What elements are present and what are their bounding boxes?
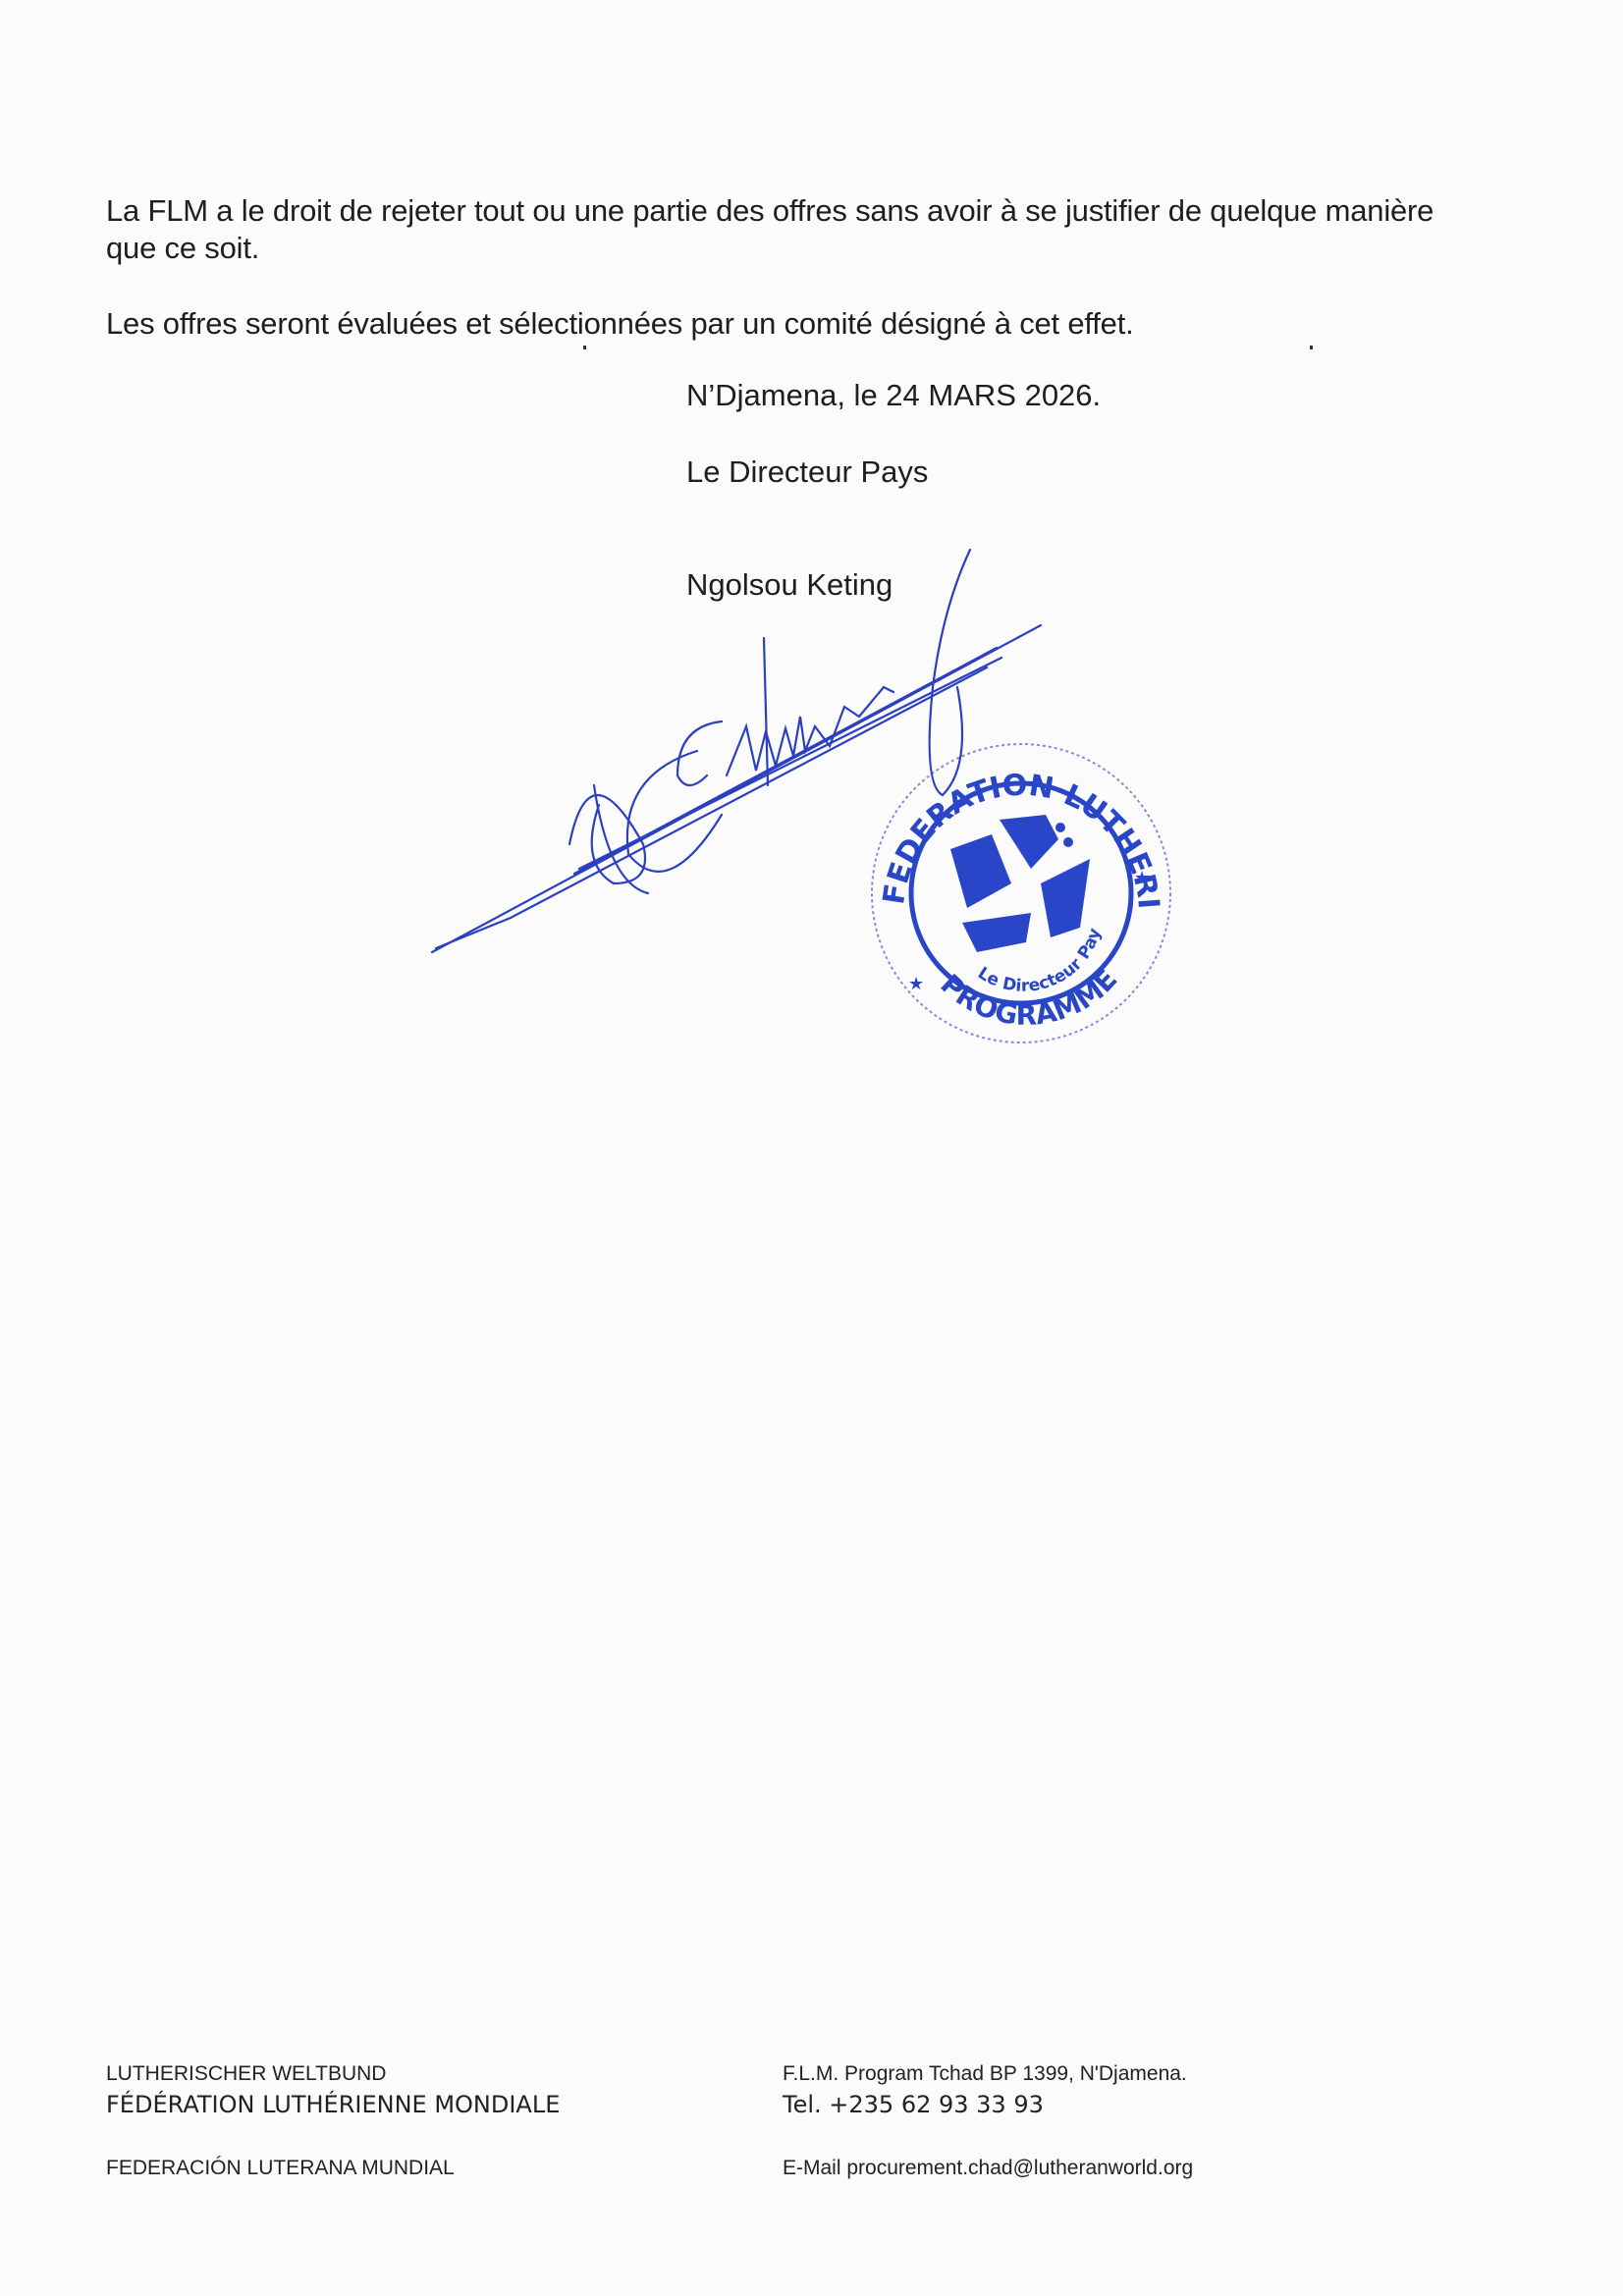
svg-text:FEDERATION LUTHERIENNE MONDIAL: FEDERATION LUTHERIENNE MONDIALE bbox=[0, 0, 1165, 910]
svg-text:Le Directeur Pays: Le Directeur Pays bbox=[0, 0, 1106, 996]
footer-phone: Tel. +235 62 93 33 93 bbox=[783, 2091, 1044, 2118]
svg-text:★: ★ bbox=[908, 974, 924, 994]
footer-address: F.L.M. Program Tchad BP 1399, N'Djamena. bbox=[783, 2062, 1187, 2086]
official-stamp: FEDERATION LUTHERIENNE MONDIALE PROGRAMM… bbox=[0, 0, 1623, 2296]
footer-org-french: FÉDÉRATION LUTHÉRIENNE MONDIALE bbox=[106, 2091, 560, 2118]
footer-org-spanish: FEDERACIÓN LUTERANA MUNDIAL bbox=[106, 2157, 455, 2180]
footer-email: E-Mail procurement.chad@lutheranworld.or… bbox=[783, 2157, 1193, 2180]
footer-org-german: LUTHERISCHER WELTBUND bbox=[106, 2062, 386, 2086]
svg-text:★: ★ bbox=[1134, 868, 1150, 888]
